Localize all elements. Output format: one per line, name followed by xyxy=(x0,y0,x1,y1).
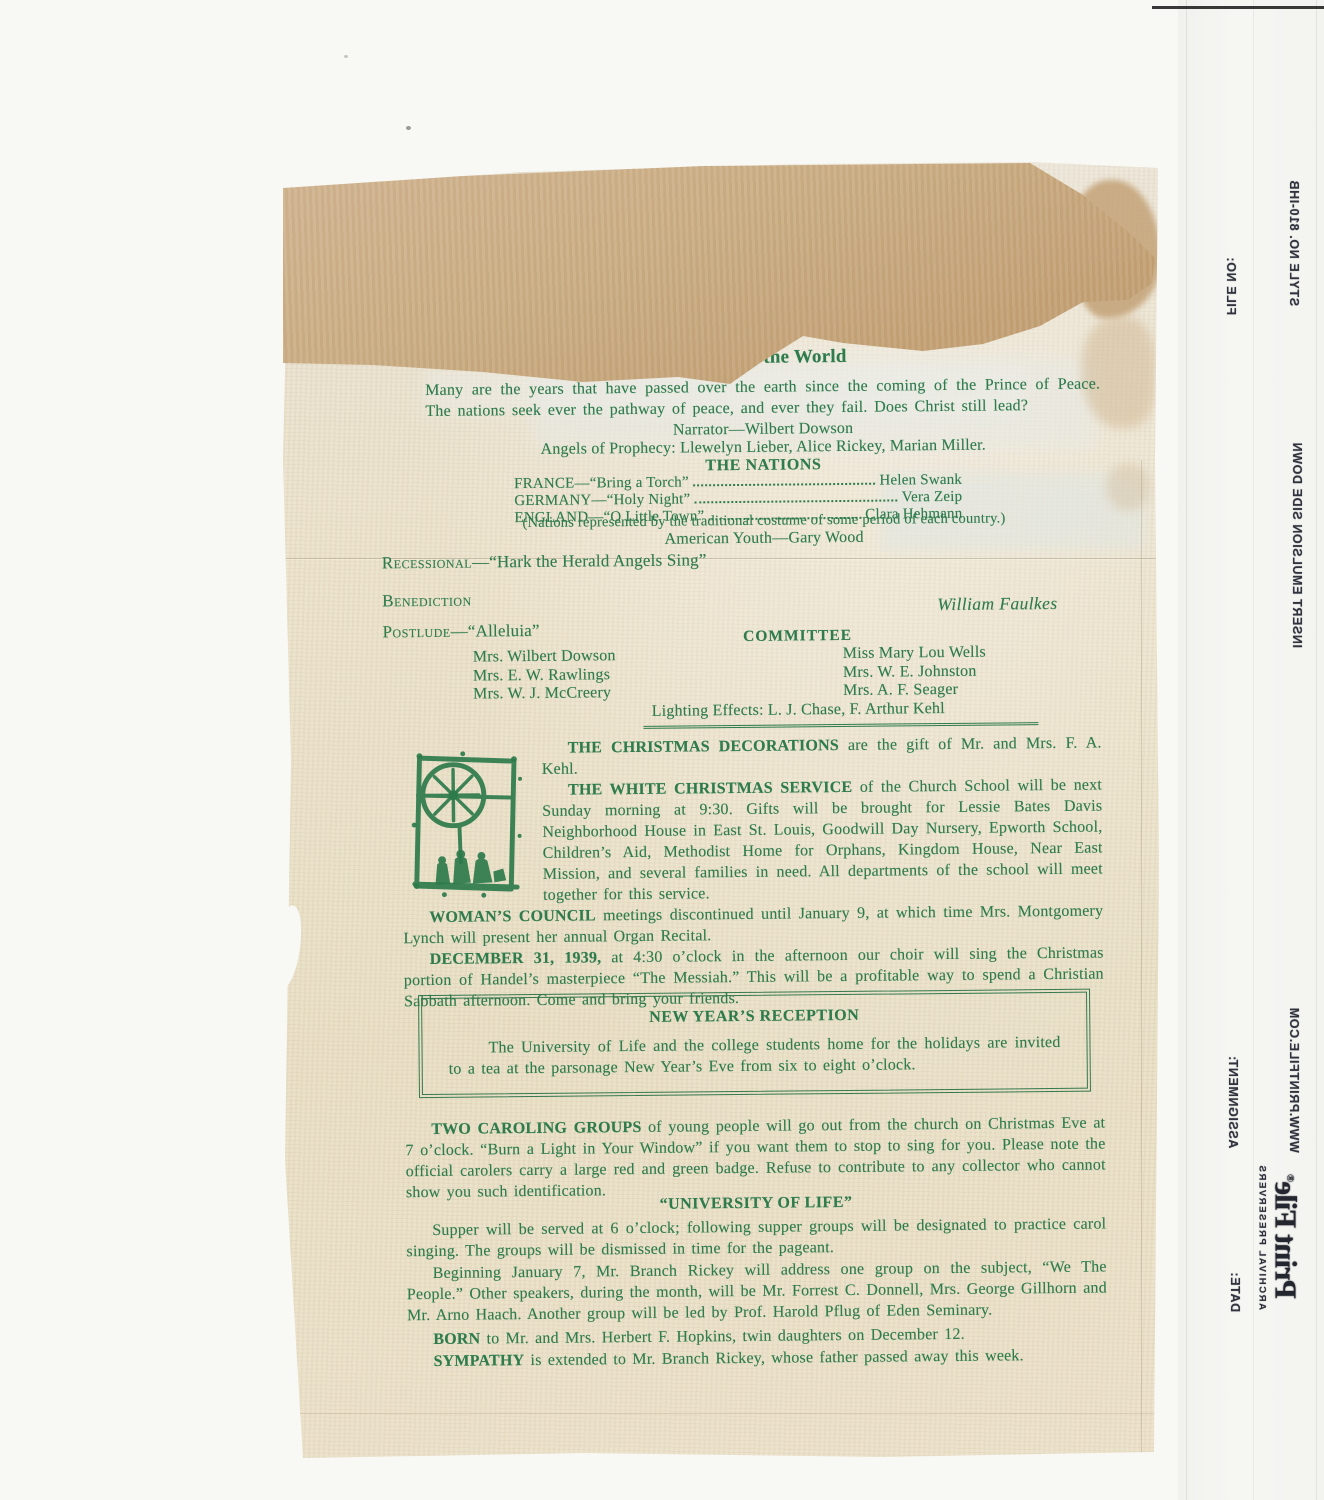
benediction-line: Benediction xyxy=(382,590,472,612)
sleeve-style-number: STYLE NO. 810-IHB xyxy=(1287,180,1301,306)
composer-credit: William Faulkes xyxy=(937,593,1057,615)
print-file-logo: Print File® ARCHIVAL PRESERVERS xyxy=(1257,1164,1304,1310)
reception-heading: NEW YEAR’S RECEPTION xyxy=(448,1003,1060,1030)
nation-performer: Helen Swank xyxy=(879,473,962,489)
christmas-ornament-illustration xyxy=(404,744,527,901)
announcements-block: THE CHRISTMAS DECORATIONS are the gift o… xyxy=(402,733,1105,1013)
announcement-paragraph: WOMAN’S COUNCIL meetings discontinued un… xyxy=(403,901,1103,950)
sleeve-assignment-label: ASSIGNMENT: xyxy=(1226,1056,1240,1149)
committee-list: Mrs. Wilbert Dowson Mrs. E. W. Rawlings … xyxy=(473,642,1124,704)
sleeve-date-label: DATE: xyxy=(1228,1272,1242,1312)
scan-edge-line xyxy=(1152,6,1324,9)
nation-country: GERMANY—“Holy Night” xyxy=(514,493,690,510)
committee-column-right: Miss Mary Lou Wells Mrs. W. E. Johnston … xyxy=(798,642,1124,701)
section-divider-rule xyxy=(643,722,1038,729)
committee-column-left: Mrs. Wilbert Dowson Mrs. E. W. Rawlings … xyxy=(473,645,799,704)
nation-performer: Vera Zeip xyxy=(902,490,963,506)
sleeve-website: WWW.PRINTFILE.COM xyxy=(1287,1007,1301,1153)
university-paragraph: Supper will be served at 6 o’clock; foll… xyxy=(406,1213,1106,1262)
scanned-church-bulletin: { "sleeve": { "style_no": "STYLE NO. 810… xyxy=(0,0,1324,1500)
university-paragraph: Beginning January 7, Mr. Branch Rickey w… xyxy=(407,1256,1108,1326)
nation-country: FRANCE—“Bring a Torch” xyxy=(514,475,689,492)
sleeve-crease-line xyxy=(1186,0,1187,1500)
pageant-intro: Many are the years that have passed over… xyxy=(425,374,1100,422)
sleeve-insert-instruction: INSERT EMULSION SIDE DOWN xyxy=(1290,442,1304,648)
reception-body: The University of Life and the college s… xyxy=(448,1032,1060,1080)
sleeve-crease-line xyxy=(1253,0,1254,1500)
sleeve-crease-line xyxy=(1316,0,1317,1500)
recessional-line: Recessional—“Hark the Herald Angels Sing… xyxy=(382,549,707,573)
dot-leader xyxy=(694,489,898,504)
dot-leader xyxy=(693,472,876,487)
dust-speck xyxy=(344,55,348,58)
registered-mark: ® xyxy=(1284,1175,1296,1182)
brand-name: Print File xyxy=(1269,1182,1304,1299)
sleeve-file-number-label: FILE NO: xyxy=(1224,257,1238,315)
brand-subtitle: ARCHIVAL PRESERVERS xyxy=(1257,1164,1268,1310)
new-years-reception-box: NEW YEAR’S RECEPTION The University of L… xyxy=(418,989,1091,1098)
dust-speck xyxy=(406,126,411,130)
